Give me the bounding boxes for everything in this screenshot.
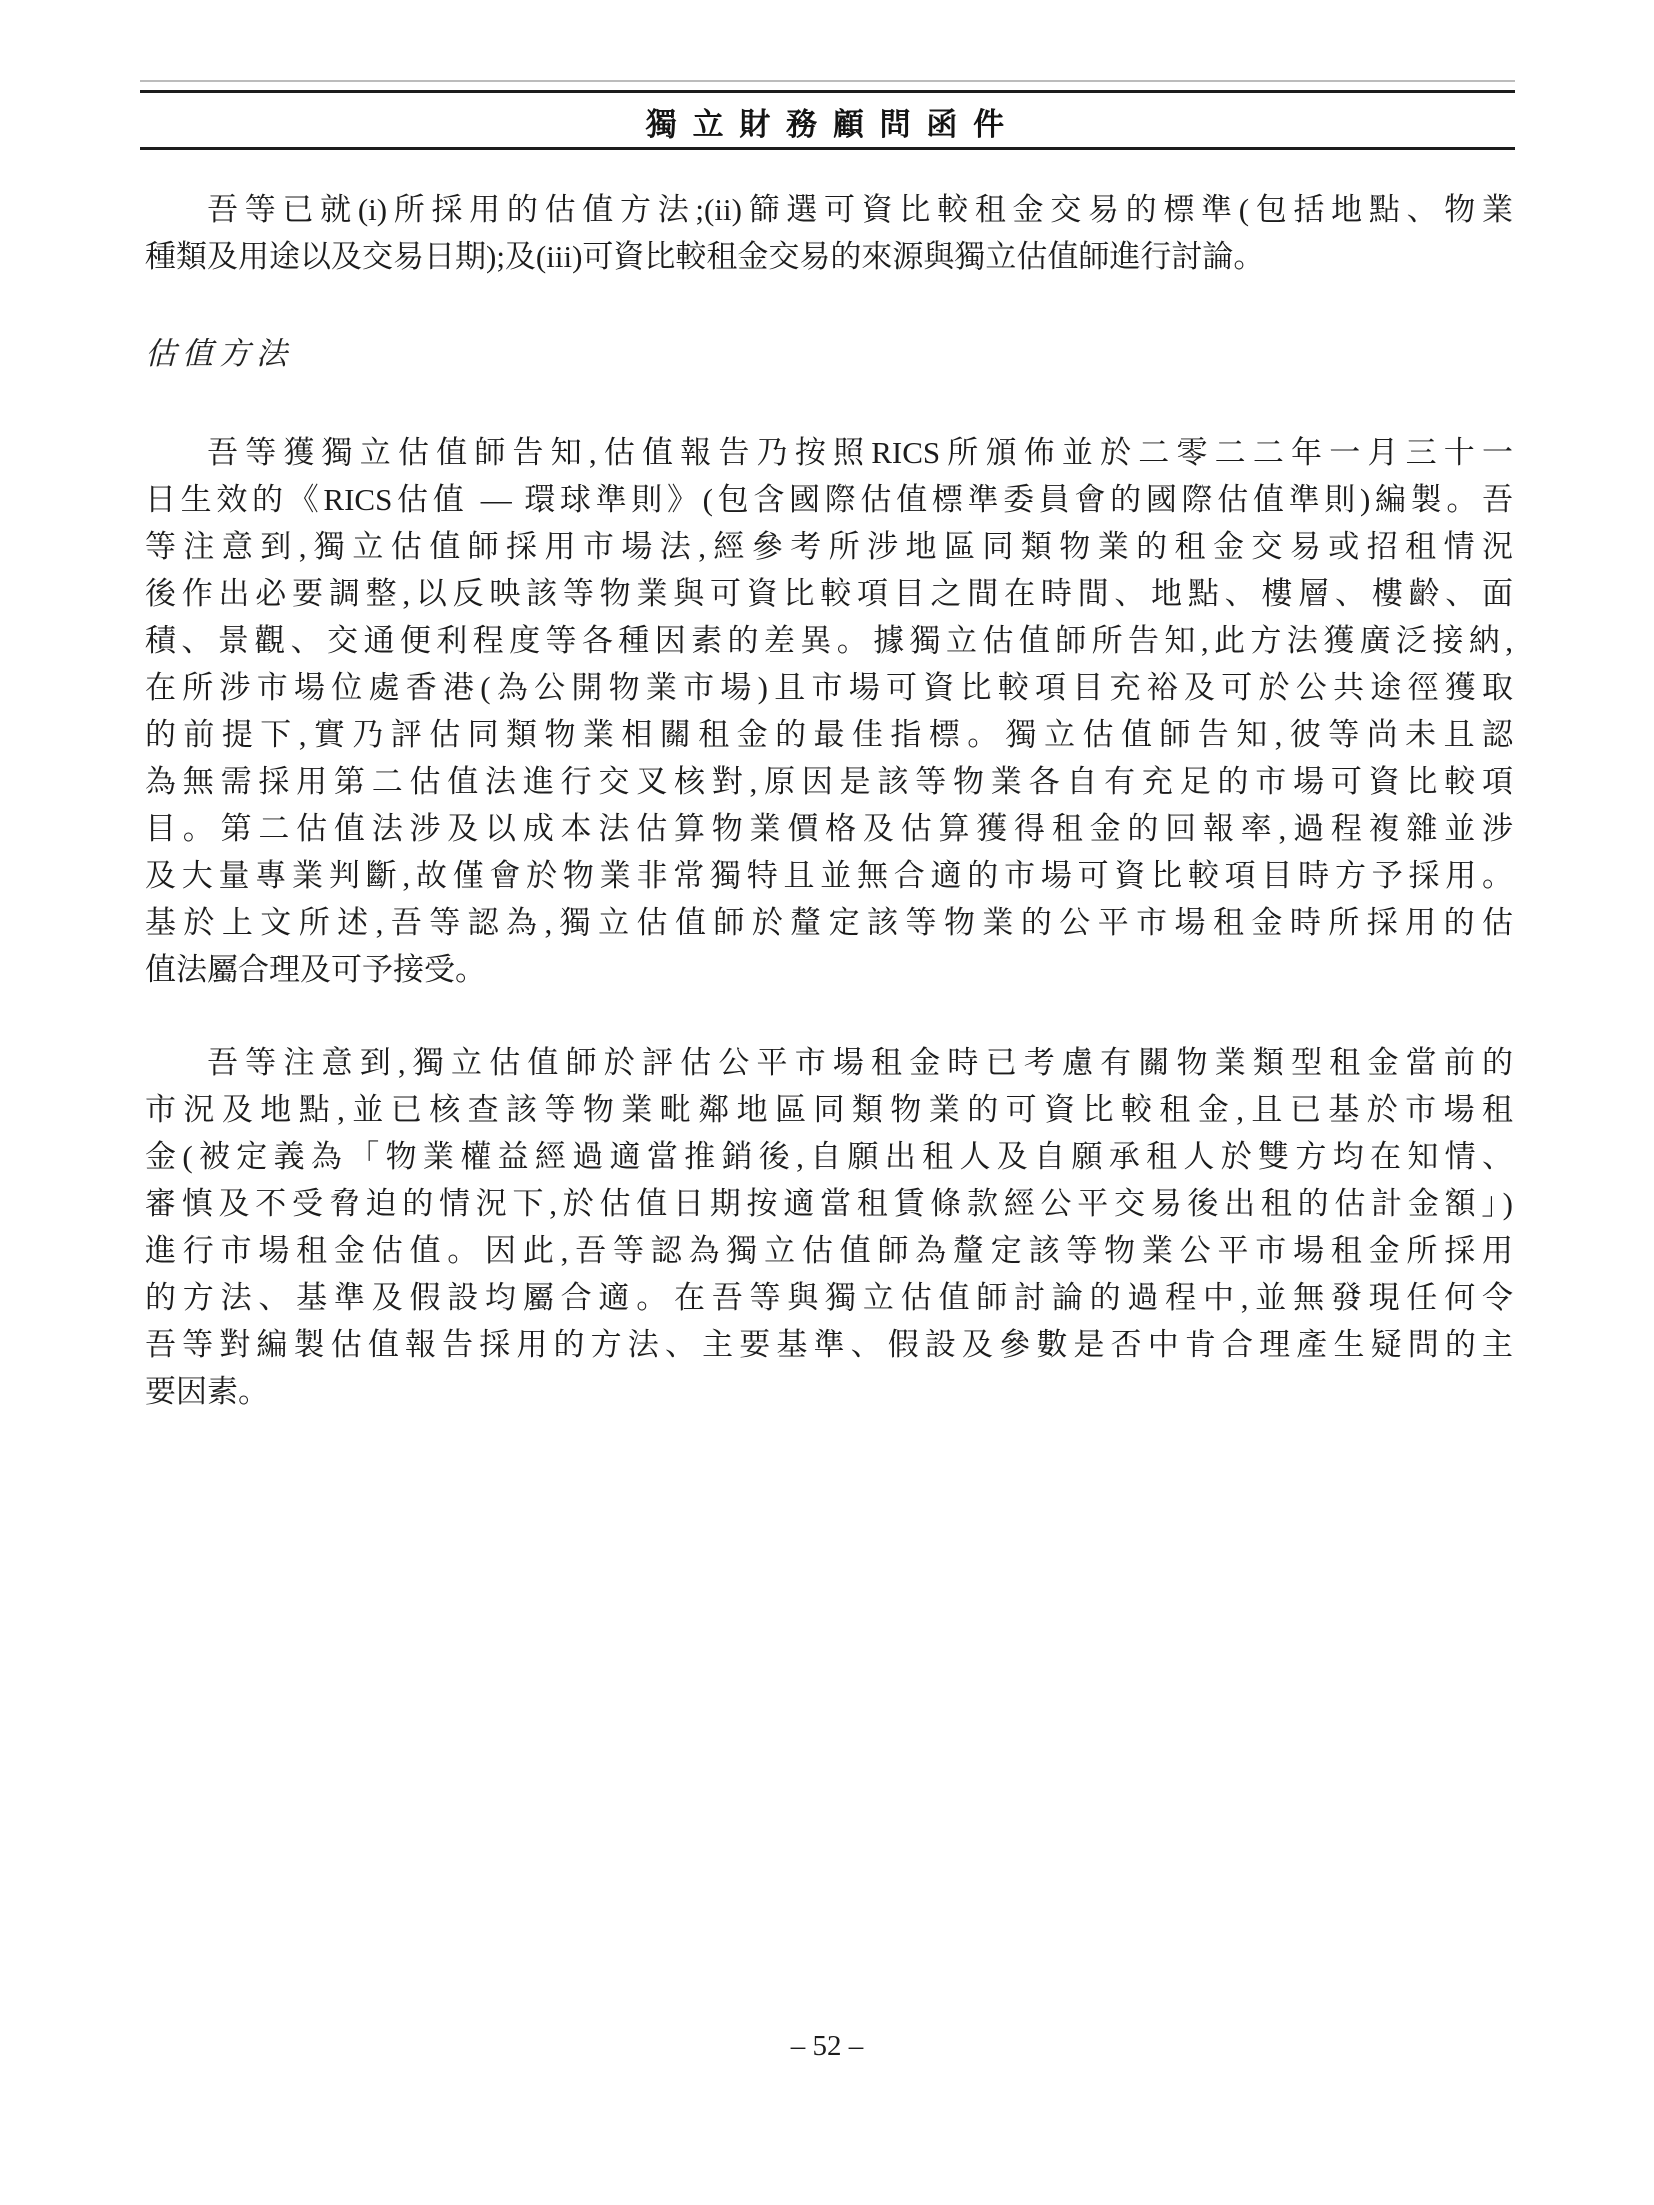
- text-line: 吾等已就(i)所採用的估值方法;(ii)篩選可資比較租金交易的標準(包括地點、物…: [145, 186, 1513, 233]
- text-line: 等注意到,獨立估值師採用市場法,經參考所涉地區同類物業的租金交易或招租情況: [145, 523, 1513, 570]
- text-line: 在所涉市場位處香港(為公開物業市場)且市場可資比較項目充裕及可於公共途徑獲取: [145, 664, 1513, 711]
- section-heading-valuation-method: 估值方法: [145, 330, 1513, 377]
- header-bottom-rule: [140, 147, 1515, 150]
- text-line: 吾等對編製估值報告採用的方法、主要基準、假設及參數是否中肯合理產生疑問的主: [145, 1321, 1513, 1368]
- text-line: 市況及地點,並已核查該等物業毗鄰地區同類物業的可資比較租金,且已基於市場租: [145, 1086, 1513, 1133]
- text-line: 金(被定義為「物業權益經過適當推銷後,自願出租人及自願承租人於雙方均在知情、: [145, 1133, 1513, 1180]
- text-line: 積、景觀、交通便利程度等各種因素的差異。據獨立估值師所告知,此方法獲廣泛接納,: [145, 617, 1513, 664]
- page-number: – 52 –: [0, 2026, 1654, 2066]
- paragraph-valuation-method: 吾等獲獨立估值師告知,估值報告乃按照RICS所頒佈並於二零二二年一月三十一 日生…: [145, 429, 1513, 993]
- text-line: 目。第二估值法涉及以成本法估算物業價格及估算獲得租金的回報率,過程複雜並涉: [145, 805, 1513, 852]
- header-top-rule: [140, 90, 1515, 93]
- text-line: 的方法、基準及假設均屬合適。在吾等與獨立估值師討論的過程中,並無發現任何令: [145, 1274, 1513, 1321]
- text-line: 及大量專業判斷,故僅會於物業非常獨特且並無合適的市場可資比較項目時方予採用。: [145, 852, 1513, 899]
- document-title: 獨 立 財 務 顧 問 函 件: [0, 99, 1654, 144]
- text-line: 為無需採用第二估值法進行交叉核對,原因是該等物業各自有充足的市場可資比較項: [145, 758, 1513, 805]
- text-line: 審慎及不受脅迫的情況下,於估值日期按適當租賃條款經公平交易後出租的估計金額」): [145, 1180, 1513, 1227]
- text-line: 值法屬合理及可予接受。: [145, 946, 1513, 993]
- text-line: 日生效的《RICS估值 — 環球準則》(包含國際估值標準委員會的國際估值準則)編…: [145, 476, 1513, 523]
- paragraph-intro: 吾等已就(i)所採用的估值方法;(ii)篩選可資比較租金交易的標準(包括地點、物…: [145, 186, 1513, 280]
- header-shadow-rule: [140, 80, 1515, 82]
- text-line: 要因素。: [145, 1368, 1513, 1415]
- text-line: 進行市場租金估值。因此,吾等認為獨立估值師為釐定該等物業公平市場租金所採用: [145, 1227, 1513, 1274]
- text-line: 基於上文所述,吾等認為,獨立估值師於釐定該等物業的公平市場租金時所採用的估: [145, 899, 1513, 946]
- paragraph-fair-market-rent: 吾等注意到,獨立估值師於評估公平市場租金時已考慮有關物業類型租金當前的 市況及地…: [145, 1039, 1513, 1415]
- text-line: 種類及用途以及交易日期);及(iii)可資比較租金交易的來源與獨立估值師進行討論…: [145, 233, 1513, 280]
- document-body: 吾等已就(i)所採用的估值方法;(ii)篩選可資比較租金交易的標準(包括地點、物…: [145, 186, 1513, 1415]
- text-line: 的前提下,實乃評估同類物業相關租金的最佳指標。獨立估值師告知,彼等尚未且認: [145, 711, 1513, 758]
- text-line: 後作出必要調整,以反映該等物業與可資比較項目之間在時間、地點、樓層、樓齡、面: [145, 570, 1513, 617]
- text-line: 吾等注意到,獨立估值師於評估公平市場租金時已考慮有關物業類型租金當前的: [145, 1039, 1513, 1086]
- document-page: 獨 立 財 務 顧 問 函 件 吾等已就(i)所採用的估值方法;(ii)篩選可資…: [0, 0, 1654, 2205]
- text-line: 吾等獲獨立估值師告知,估值報告乃按照RICS所頒佈並於二零二二年一月三十一: [145, 429, 1513, 476]
